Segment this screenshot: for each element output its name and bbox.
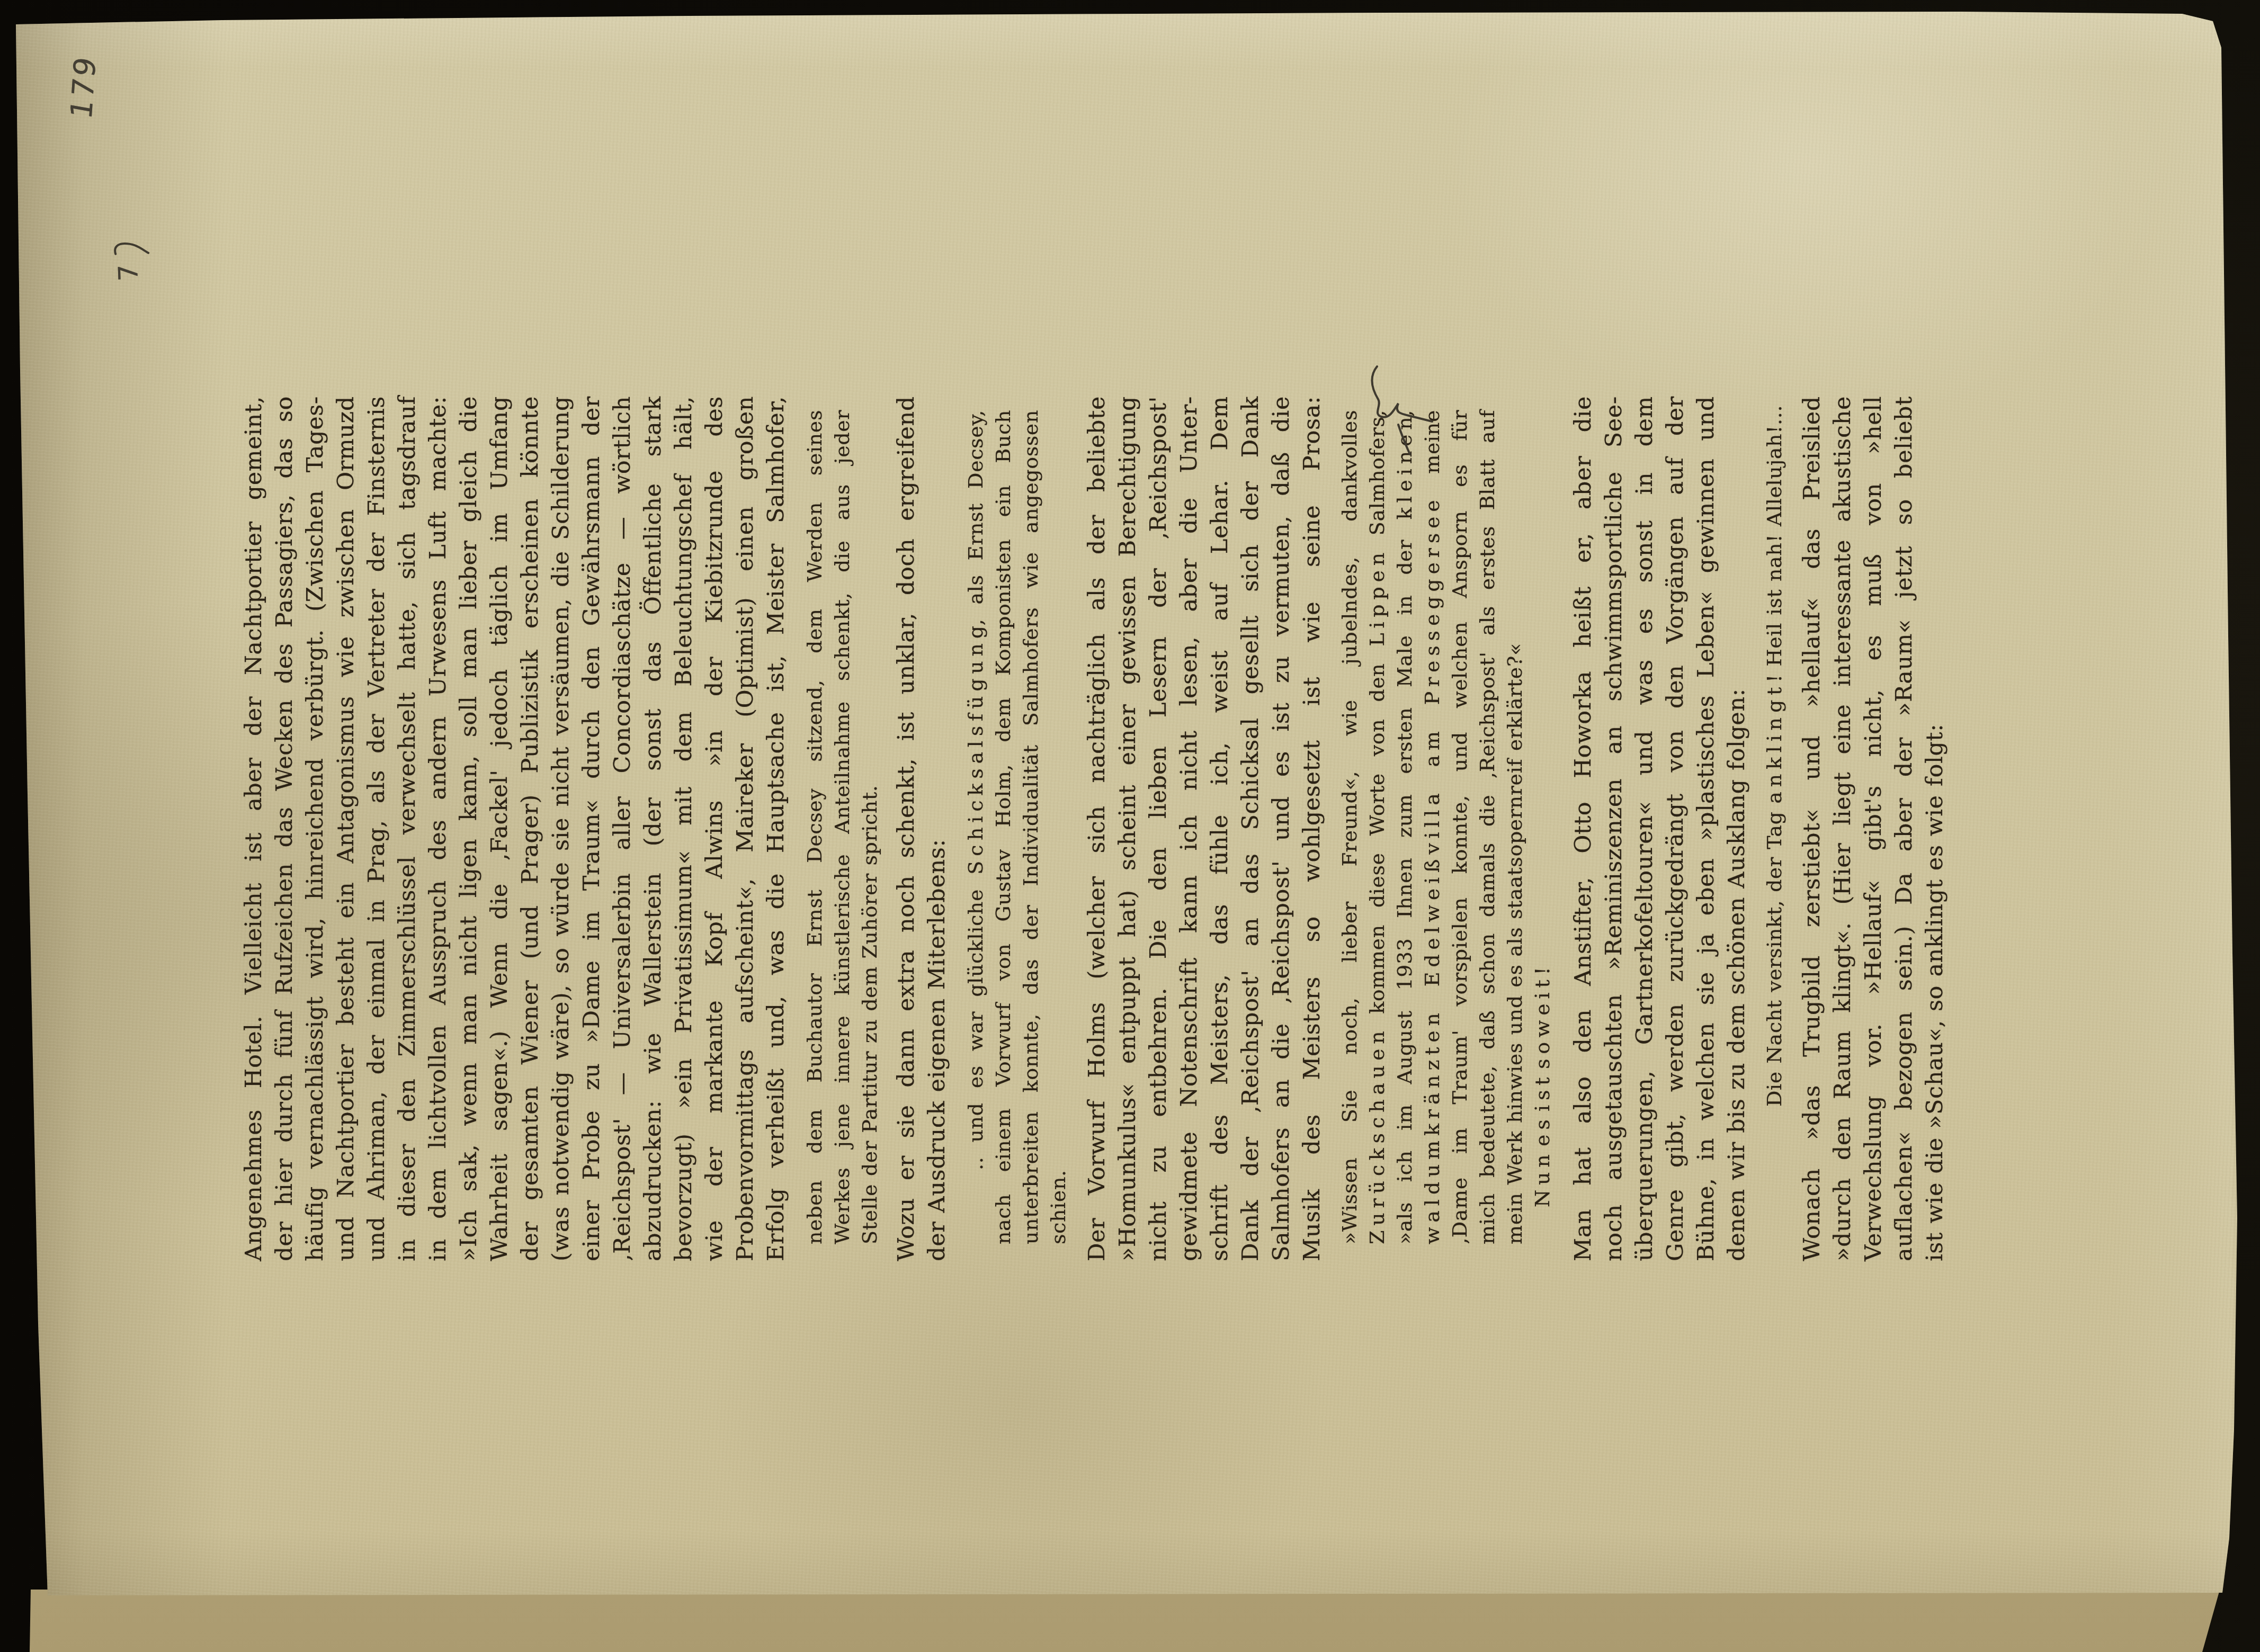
- text-line: Die Nacht versinkt, der Tag a n k l i n …: [1761, 396, 1788, 1107]
- text-line: »Wissen Sie noch, lieber Freund«, wie ju…: [1336, 410, 1363, 1244]
- text-line: wie der markante Kopf Alwins »in der Kie…: [699, 396, 730, 1261]
- text-line: Salmhofers an die ‚Reichspost' und es is…: [1266, 396, 1297, 1261]
- page-number-text: 179: [65, 52, 103, 121]
- text-line: .. und es war glückliche S c h i c k s a…: [962, 410, 989, 1244]
- pen-correction-icon: [1395, 423, 1413, 456]
- text-line: gewidmete Notenschrift kann ich nicht le…: [1174, 396, 1204, 1261]
- text-line: unterbreiten konnte, das der Individuali…: [1017, 410, 1044, 1244]
- text-line: Werkes jene innere künstlerische Anteiln…: [828, 410, 856, 1244]
- text-line: Der Vorwurf Holms (welcher sich nachträg…: [1082, 396, 1112, 1261]
- text-line: in dieser den Zimmerschlüssel verwechsel…: [392, 396, 423, 1261]
- paragraph: neben dem Buchautor Ernst Decsey sitzend…: [801, 396, 883, 1261]
- text-line: einer Probe zu »Dame im Traum« durch den…: [576, 396, 607, 1261]
- text-line: Probenvormittags aufscheint«, Maireker (…: [730, 396, 761, 1261]
- text-line: bevorzugt) »ein Privatissimum« mit dem B…: [668, 396, 699, 1261]
- paragraph: .. und es war glückliche S c h i c k s a…: [962, 396, 1072, 1261]
- text-line: nach einem Vorwurf von Gustav Holm, dem …: [989, 410, 1017, 1244]
- paragraph: Der Vorwurf Holms (welcher sich nachträg…: [1082, 396, 1327, 1261]
- text-line: und Nachtportier besteht ein Antagonismu…: [330, 396, 361, 1261]
- text-line: schien.: [1044, 410, 1072, 1244]
- text-line: der hier durch fünf Rufzeichen das Wecke…: [269, 396, 300, 1261]
- scanned-page-leaf: Angenehmes Hotel. Vielleicht ist aber de…: [0, 0, 2260, 1652]
- text-line: »Ich sak, wenn man nicht ligen kann, sol…: [453, 396, 484, 1261]
- text-line: neben dem Buchautor Ernst Decsey sitzend…: [801, 410, 828, 1244]
- text-line: (was notwendig wäre), so würde sie nicht…: [546, 396, 576, 1261]
- text-line: Musik des Meisters so wohlgesetzt ist wi…: [1297, 396, 1327, 1261]
- text-line: ist wie die »Schau«, so anklingt es wie …: [1919, 396, 1950, 1261]
- text-line: Genre gibt, werden zurückgedrängt von de…: [1660, 396, 1691, 1261]
- text-line: häufig vernachlässigt wird, hinreichend …: [300, 396, 330, 1261]
- text-line: mich bedeutete, daß schon damals die ‚Re…: [1473, 410, 1501, 1244]
- text-line: Stelle der Partitur zu dem Zuhörer spric…: [856, 410, 883, 1244]
- text-line: Angenehmes Hotel. Vielleicht ist aber de…: [238, 396, 269, 1261]
- text-line: überquerungen, Gartnerkofeltouren« und w…: [1629, 396, 1660, 1261]
- handwritten-mark: 7: [112, 227, 156, 282]
- text-line: Wonach »das Trugbild zerstiebt« und »hel…: [1797, 396, 1827, 1261]
- paragraph: Die Nacht versinkt, der Tag a n k l i n …: [1761, 396, 1788, 1261]
- paragraph: Wonach »das Trugbild zerstiebt« und »hel…: [1797, 396, 1950, 1261]
- text-line: Verwechslung vor. »Hellauf« gibt's nicht…: [1858, 396, 1889, 1261]
- text-line: der Ausdruck eigenen Miterlebens:: [922, 396, 952, 1261]
- text-line: in dem lichtvollen Ausspruch des andern …: [423, 396, 453, 1261]
- paragraph: N u n e s i s t s o w e i t !: [1529, 396, 1556, 1261]
- text-line: »Homunkulus« entpuppt hat) scheint einer…: [1112, 396, 1143, 1261]
- text-line: Man hat also den Anstifter, Otto Howorka…: [1568, 396, 1598, 1261]
- text-line: »durch den Raum klingt«. (Hier liegt ein…: [1827, 396, 1858, 1261]
- mark-text: 7: [113, 264, 144, 282]
- text-line: Wozu er sie dann extra noch schenkt, ist…: [891, 396, 922, 1261]
- text-line: nicht zu entbehren. Die den lieben Leser…: [1143, 396, 1174, 1261]
- text-line: w a l d u m k r ä n z t e n E d e l w e …: [1418, 410, 1446, 1244]
- paragraph: Man hat also den Anstifter, Otto Howorka…: [1568, 396, 1752, 1261]
- text-line: Dank der ‚Reichspost' an das Schicksal g…: [1235, 396, 1266, 1261]
- handwritten-page-number: 179: [65, 52, 111, 123]
- text-line: ‚Dame im Traum' vorspielen konnte, und w…: [1446, 410, 1473, 1244]
- paragraph: »Wissen Sie noch, lieber Freund«, wie ju…: [1336, 396, 1529, 1261]
- text-line: mein Werk hinwies und es als staatsopern…: [1501, 410, 1529, 1244]
- text-line: Wahrheit sagen«.) Wenn die ‚Fackel' jedo…: [484, 396, 515, 1261]
- text-line: denen wir bis zu dem schönen Ausklang fo…: [1721, 396, 1752, 1261]
- paragraph: Wozu er sie dann extra noch schenkt, ist…: [891, 396, 952, 1261]
- text-line: N u n e s i s t s o w e i t !: [1529, 396, 1556, 1207]
- text-line: und Ahriman, der einmal in Prag, als der…: [361, 396, 392, 1261]
- text-line: Z u r ü c k s c h a u e n kommen diese W…: [1363, 410, 1391, 1244]
- text-line: abzudrucken: wie Wallerstein (der sonst …: [638, 396, 668, 1261]
- text-line: ‚Reichspost' — Universalerbin aller Conc…: [607, 396, 638, 1261]
- text-block: Angenehmes Hotel. Vielleicht ist aber de…: [238, 396, 1976, 1261]
- text-line: schrift des Meisters, das fühle ich, wei…: [1204, 396, 1235, 1261]
- text-line: auflachen« bezogen sein.) Da aber der »R…: [1889, 396, 1919, 1261]
- text-line: noch ausgetauschten »Reminiszenzen an sc…: [1598, 396, 1629, 1261]
- pen-hook-icon: [112, 237, 150, 259]
- text-line: »als ich im August 1933 Ihnen zum ersten…: [1391, 410, 1418, 1244]
- paragraph: Angenehmes Hotel. Vielleicht ist aber de…: [238, 396, 791, 1261]
- pen-squiggle-icon: [1365, 361, 1437, 425]
- text-line: der gesamten Wiener (und Prager) Publizi…: [515, 396, 546, 1261]
- text-line: Erfolg verheißt und, was die Hauptsache …: [761, 396, 791, 1261]
- text-line: Bühne, in welchen sie ja eben »plastisch…: [1691, 396, 1721, 1261]
